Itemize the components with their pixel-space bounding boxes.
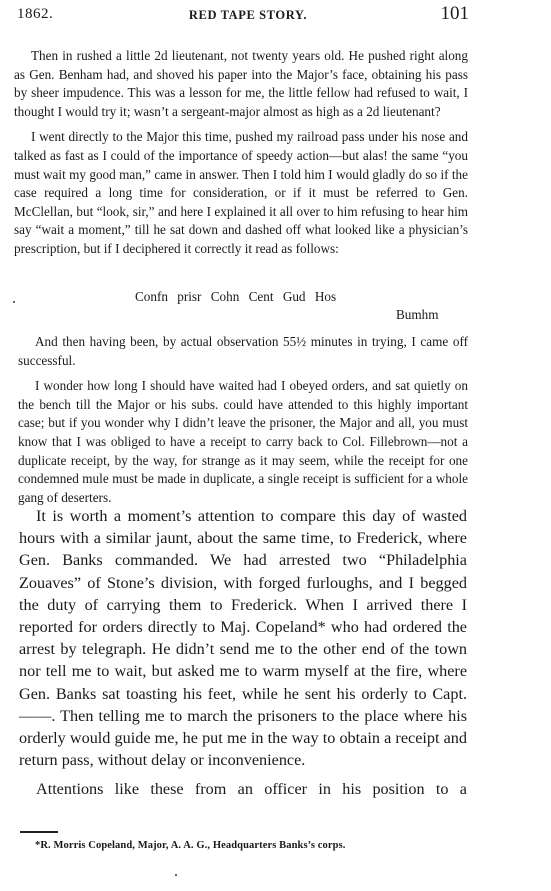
page-number: 101 — [441, 3, 470, 25]
running-head: 1862. RED TAPE STORY. 101 — [15, 2, 467, 26]
footnote-rule — [20, 831, 58, 833]
paragraph-railroad-pass: I went directly to the Major this time, … — [14, 128, 468, 258]
book-page: 1862. RED TAPE STORY. 101 Then in rushed… — [0, 0, 551, 891]
header-title: RED TAPE STORY. — [15, 8, 467, 23]
paragraph-frederick: It is worth a moment’s attention to comp… — [19, 505, 467, 771]
small-text-block-2: And then having been, by actual observat… — [18, 333, 468, 507]
print-speck — [13, 301, 15, 303]
paragraph-lieutenant: Then in rushed a little 2d lieutenant, n… — [14, 47, 468, 121]
paragraph-attentions: Attentions like these from an officer in… — [19, 778, 467, 800]
small-text-block-1: Then in rushed a little 2d lieutenant, n… — [14, 47, 468, 259]
prescription-signature: Bumhm — [396, 307, 439, 323]
print-speck — [175, 874, 177, 876]
paragraph-receipt: I wonder how long I should have waited h… — [18, 377, 468, 507]
prescription-line: Confn prisr Cohn Cent Gud Hos — [135, 289, 336, 305]
large-text-block: It is worth a moment’s attention to comp… — [19, 505, 467, 801]
paragraph-successful: And then having been, by actual observat… — [18, 333, 468, 370]
footnote: *R. Morris Copeland, Major, A. A. G., He… — [35, 840, 346, 851]
